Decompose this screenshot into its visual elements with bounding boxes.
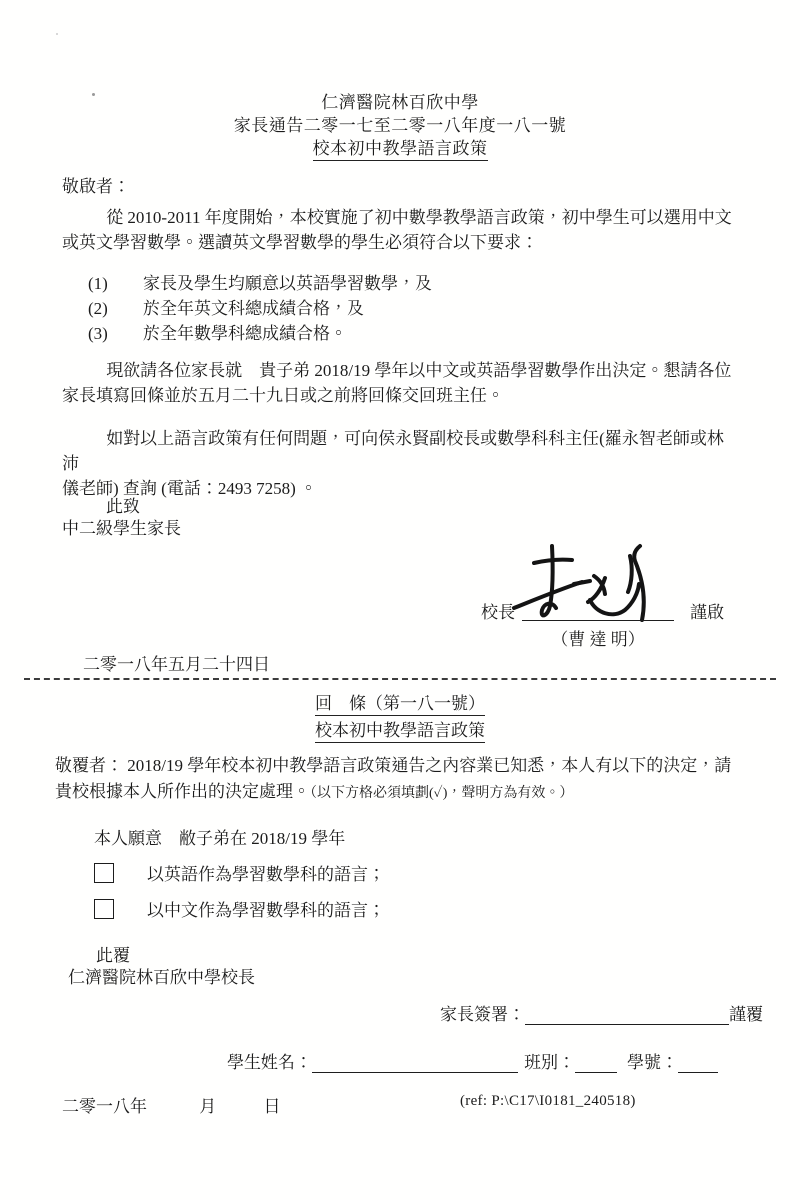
requirement-text: 於全年英文科總成績合格，及 [143, 296, 364, 321]
english-option-checkbox[interactable] [94, 863, 114, 883]
parent-signature-row: 家長簽署： 謹覆 [440, 1000, 763, 1025]
reply-date-day: 日 [264, 1097, 281, 1116]
salutation: 敬啟者： [62, 172, 130, 197]
option-row-english: 以英語作為學習數學科的語言； [94, 860, 385, 885]
respect-close: 謹啟 [690, 598, 724, 623]
reply-addressee: 仁濟醫院林百欣中學校長 [68, 963, 255, 988]
notice-addressee: 中二級學生家長 [62, 514, 181, 539]
reply-note: （以下方格必須填劃(✓)，聲明方為有效。） [310, 786, 573, 801]
requirement-text: 家長及學生均願意以英語學習數學，及 [143, 271, 432, 296]
tear-off-divider [24, 678, 776, 680]
student-no-label: 學號： [627, 1048, 678, 1073]
reply-date-year: 二零一八年 [62, 1097, 147, 1116]
paragraph-3: 如對以上語言政策有任何問題，可向侯永賢副校長或數學科科主任(羅永智老師或林沛 儀… [62, 426, 740, 501]
consent-line: 本人願意 敝子弟在 2018/19 學年 [94, 824, 345, 849]
paragraph-1: 從 2010-2011 年度開始，本校實施了初中數學教學語言政策，初中學生可以選… [62, 205, 740, 255]
requirement-number: (1) [88, 271, 143, 296]
reply-body-line1: 敬覆者： 2018/19 學年校本初中教學語言政策通告之內容業已知悉，本人有以下… [55, 753, 745, 779]
notice-subject: 校本初中教學語言政策 [0, 137, 800, 160]
requirement-number: (2) [88, 296, 143, 321]
reply-respect-close: 謹覆 [729, 1000, 763, 1025]
notice-number: 家長通告二零一七至二零一八年度一八一號 [0, 114, 800, 137]
requirement-text: 於全年數學科總成績合格。 [143, 321, 347, 346]
requirement-item: (3) 於全年數學科總成績合格。 [88, 321, 740, 346]
reply-slip-header: 回 條（第一八一號） 校本初中教學語言政策 [0, 690, 800, 744]
student-name-line[interactable] [312, 1054, 518, 1073]
requirements-list: (1) 家長及學生均願意以英語學習數學，及 (2) 於全年英文科總成績合格，及 … [88, 271, 740, 346]
class-line[interactable] [575, 1054, 617, 1073]
principal-signature-line[interactable] [522, 620, 674, 621]
student-no-line[interactable] [678, 1054, 718, 1073]
parent-signature-line[interactable] [525, 1006, 729, 1025]
scan-speck [56, 33, 58, 35]
student-info-row: 學生姓名： 班別： 學號： [227, 1048, 718, 1073]
requirement-number: (3) [88, 321, 143, 346]
reply-slip-title: 回 條（第一八一號） [0, 690, 800, 717]
paragraph-2: 現欲請各位家長就 貴子弟 2018/19 學年以中文或英語學習數學作出決定。懇請… [62, 358, 740, 408]
file-reference: (ref: P:\C17\I0181_240518) [460, 1093, 636, 1110]
chinese-option-checkbox[interactable] [94, 899, 114, 919]
parent-sign-label: 家長簽署： [440, 1000, 525, 1025]
requirement-item: (1) 家長及學生均願意以英語學習數學，及 [88, 271, 740, 296]
reply-date-month: 月 [199, 1097, 216, 1116]
reply-slip-subtitle: 校本初中教學語言政策 [0, 717, 800, 744]
reply-date-row: 二零一八年 月 日 [62, 1092, 281, 1117]
principal-label: 校長 [481, 598, 515, 623]
requirement-item: (2) 於全年英文科總成績合格，及 [88, 296, 740, 321]
reply-body: 敬覆者： 2018/19 學年校本初中教學語言政策通告之內容業已知悉，本人有以下… [55, 753, 745, 807]
option-row-chinese: 以中文作為學習數學科的語言； [94, 896, 385, 921]
student-name-label: 學生姓名： [227, 1048, 312, 1073]
notice-date: 二零一八年五月二十四日 [83, 650, 270, 675]
chinese-option-label: 以中文作為學習數學科的語言； [147, 896, 385, 921]
notice-header: 仁濟醫院林百欣中學 家長通告二零一七至二零一八年度一八一號 校本初中教學語言政策 [0, 91, 800, 160]
principal-name: （曹 達 明） [522, 625, 674, 650]
class-label: 班別： [524, 1048, 575, 1073]
school-name: 仁濟醫院林百欣中學 [0, 91, 800, 114]
english-option-label: 以英語作為學習數學科的語言； [147, 860, 385, 885]
scanned-notice-page: 仁濟醫院林百欣中學 家長通告二零一七至二零一八年度一八一號 校本初中教學語言政策… [0, 0, 800, 1200]
principal-signature [512, 538, 662, 626]
reply-body-line2: 貴校根據本人所作出的決定處理。（以下方格必須填劃(✓)，聲明方為有效。） [55, 779, 745, 807]
